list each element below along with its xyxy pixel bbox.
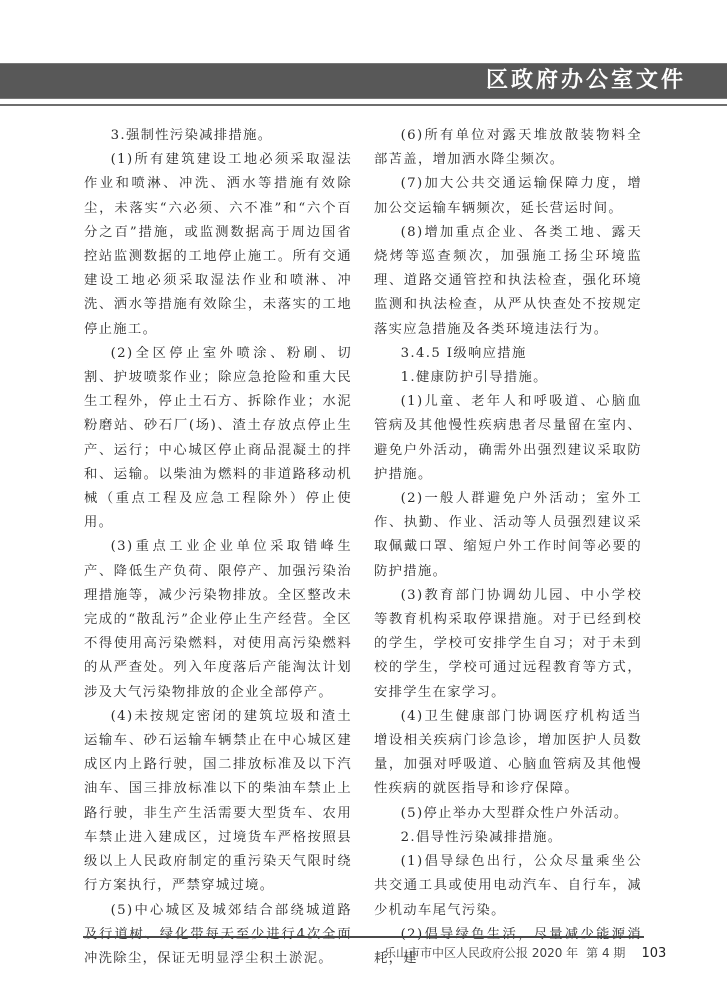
left-column: 3.强制性污染减排措施。 (1)所有建筑建设工地必须采取湿法作业和喷淋、冲洗、洒… xyxy=(84,124,352,971)
section-heading: 3.4.5 Ⅰ级响应措施 xyxy=(374,342,642,366)
paragraph: (6)所有单位对露天堆放散装物料全部苫盖，增加洒水降尘频次。 xyxy=(374,124,642,172)
publication-name: 乐山市市中区人民政府公报 2020 年 xyxy=(384,946,578,960)
paragraph: 3.强制性污染减排措施。 xyxy=(84,124,352,148)
header-divider xyxy=(0,104,727,106)
footer-divider xyxy=(83,936,644,938)
paragraph: (1)倡导绿色出行，公众尽量乘坐公共交通工具或使用电动汽车、自行车，减少机动车尾… xyxy=(374,850,642,923)
section-header-bar: 区政府办公室文件 xyxy=(0,63,727,99)
section-title: 区政府办公室文件 xyxy=(486,67,686,95)
paragraph: (4)未按规定密闭的建筑垃圾和渣土运输车、砂石运输车辆禁止在中心城区建成区内上路… xyxy=(84,705,352,899)
paragraph: (8)增加重点企业、各类工地、露天烧烤等巡查频次，加强施工扬尘环境监理、道路交通… xyxy=(374,221,642,342)
paragraph: (3)教育部门协调幼儿园、中小学校等教育机构采取停课措施。对于已经到校的学生，学… xyxy=(374,584,642,705)
paragraph: (7)加大公共交通运输保障力度，增加公交运输车辆频次，延长营运时间。 xyxy=(374,172,642,220)
subsection-heading: 1.健康防护引导措施。 xyxy=(374,366,642,390)
paragraph: (2)全区停止室外喷涂、粉刷、切割、护坡喷浆作业；除应急抢险和重大民生工程外，停… xyxy=(84,342,352,536)
page-footer: 乐山市市中区人民政府公报 2020 年第 4 期103 xyxy=(384,944,666,963)
paragraph: (3)重点工业企业单位采取错峰生产、降低生产负荷、限停产、加强污染治理措施等，减… xyxy=(84,535,352,704)
paragraph: (2)一般人群避免户外活动；室外工作、执勤、作业、活动等人员强烈建议采取佩戴口罩… xyxy=(374,487,642,584)
paragraph: (5)停止举办大型群众性户外活动。 xyxy=(374,802,642,826)
paragraph: (1)儿童、老年人和呼吸道、心脑血管病及其他慢性疾病患者尽量留在室内、避免户外活… xyxy=(374,390,642,487)
paragraph: (4)卫生健康部门协调医疗机构适当增设相关疾病门诊急诊，增加医护人员数量，加强对… xyxy=(374,705,642,802)
right-column: (6)所有单位对露天堆放散装物料全部苫盖，增加洒水降尘频次。 (7)加大公共交通… xyxy=(374,124,642,971)
issue-number: 第 4 期 xyxy=(586,946,625,960)
paragraph: (1)所有建筑建设工地必须采取湿法作业和喷淋、冲洗、洒水等措施有效除尘，未落实“… xyxy=(84,148,352,342)
subsection-heading: 2.倡导性污染减排措施。 xyxy=(374,826,642,850)
page-number: 103 xyxy=(641,946,666,961)
paragraph: (5)中心城区及城郊结合部绕城道路及行道树、绿化带每天至少进行4次全面冲洗除尘，… xyxy=(84,899,352,972)
